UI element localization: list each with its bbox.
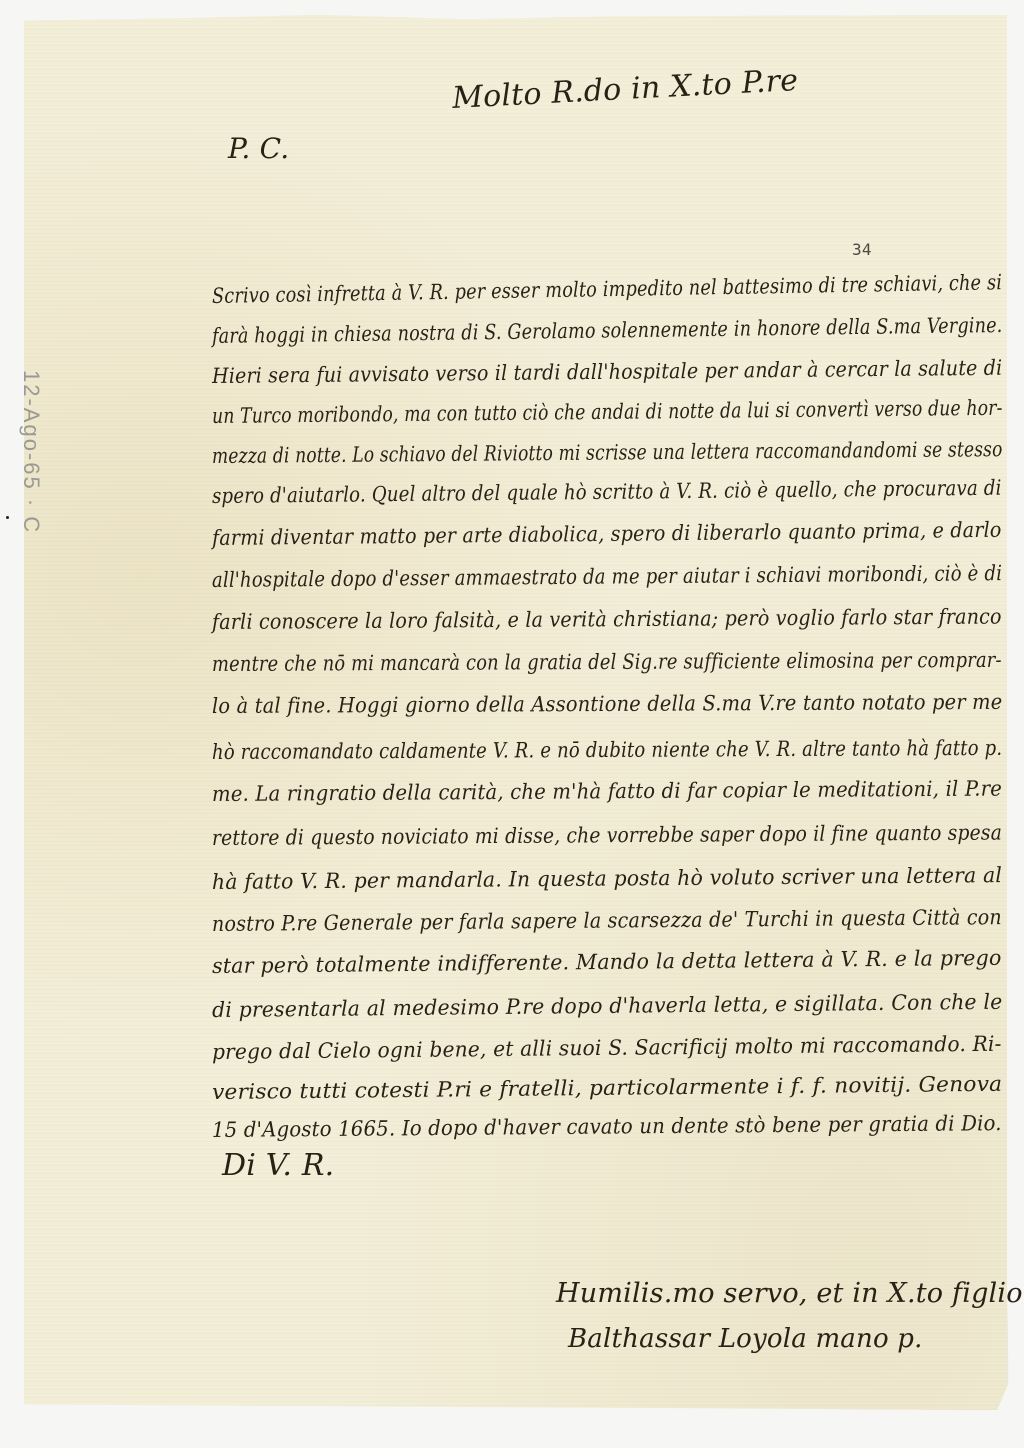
body-line: lo à tal fine. Hoggi giorno della Assont… <box>212 690 1002 718</box>
scan-speck <box>6 516 9 519</box>
signature-line-1: Humilis.mo servo, et in X.to figlio <box>556 1278 1023 1309</box>
signature-line-2: Balthassar Loyola mano p. <box>568 1324 923 1354</box>
body-line: mentre che nō mi mancarà con la gratia d… <box>212 648 1002 676</box>
margin-pencil-note: 12-Ago-65 · C <box>18 370 44 534</box>
body-line: hò raccomandato caldamente V. R. e nō du… <box>212 736 1002 764</box>
letter-closing: Di V. R. <box>222 1148 334 1183</box>
folio-number: 34 <box>852 240 872 259</box>
letter-initials: P. C. <box>228 132 289 165</box>
scanned-page: Molto R.do in X.to P.re P. C. 34 12-Ago-… <box>0 0 1024 1448</box>
